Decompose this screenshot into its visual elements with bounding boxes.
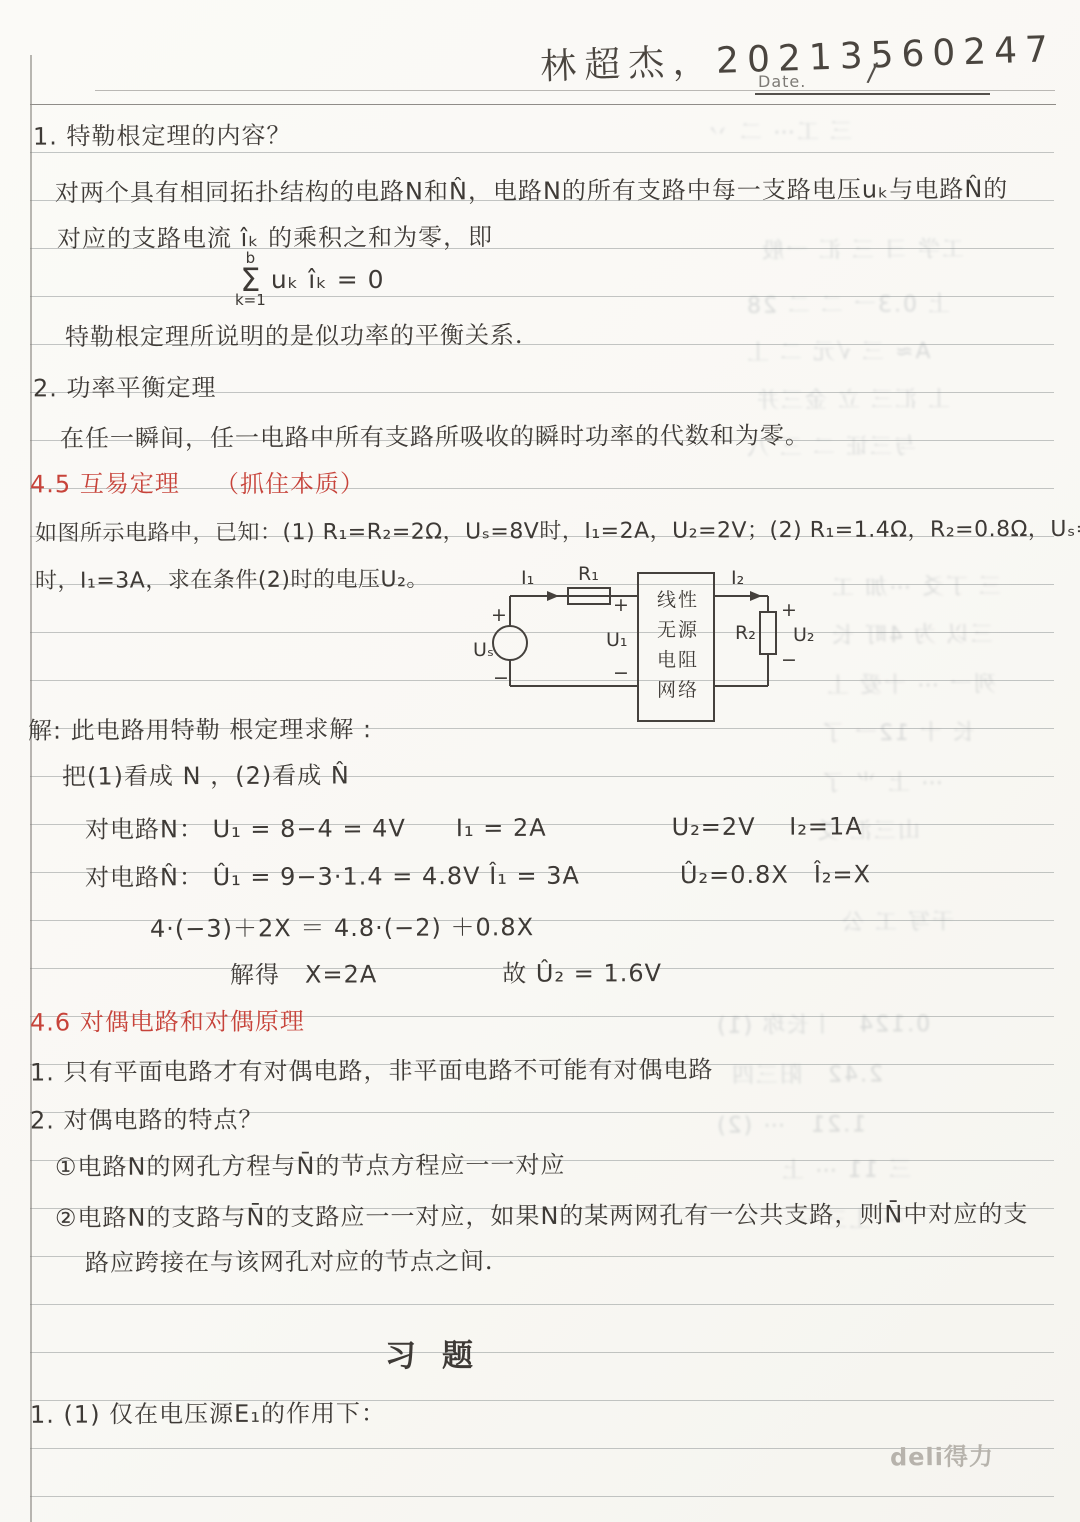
header-rule-bottom xyxy=(30,104,1056,105)
s46-point1: 1. 只有平面电路才有对偶电路，非平面电路不可能有对偶电路 xyxy=(30,1056,714,1088)
solution-equation: 4·(−3)＋2X ＝ 4.8·(−2) ＋0.8X xyxy=(150,913,534,943)
r2-label: R₂ xyxy=(735,622,756,644)
solution-row-n: 对电路N： U₁ = 8−4 = 4V I₁ = 2A U₂=2V I₂=1A xyxy=(85,812,863,844)
date-label: Date. xyxy=(758,72,806,91)
current-arrow-i2 xyxy=(750,591,762,601)
u2-plus: + xyxy=(781,599,797,621)
network-line3: 电阻 xyxy=(657,649,699,671)
bleedthrough-text: 0.124 丨长珎 (1) xyxy=(715,1007,930,1040)
r1-label: R₁ xyxy=(578,566,599,585)
current-arrow-i1 xyxy=(547,591,559,601)
solution-result: 解得 X=2A 故 Û₂ = 1.6V xyxy=(230,959,662,990)
bleedthrough-text: 工学 彐 三 汇 一般 xyxy=(760,232,964,265)
note-q1-title: 1. 特勒根定理的内容？ xyxy=(33,121,292,151)
section-45-heading: 4.5 互易定理 xyxy=(30,470,180,499)
bleedthrough-text: 三 11 ⋯ 上 xyxy=(780,1152,911,1184)
solution-row-nhat: 对电路N̂： Û₁ = 9−3·1.4 = 4.8V Î₁ = 3A Û₂=0.… xyxy=(85,860,871,892)
section-45-note: （抓住本质） xyxy=(215,470,365,499)
bleedthrough-text: 三 工⋯ 二 丷 xyxy=(705,114,852,146)
u1-label: U₁ xyxy=(606,629,628,651)
problem-line2: 时，I₁=3A，求在条件(2)时的电压U₂。 xyxy=(35,567,429,595)
u2-minus: − xyxy=(781,649,797,671)
solution-step1: 把(1)看成 N ，(2)看成 N̂ xyxy=(62,761,350,791)
s46-sub1: ①电路N的网孔方程与N̄的节点方程应一一对应 xyxy=(55,1151,566,1182)
summation-symbol: b Σ k=1 xyxy=(235,252,266,308)
s46-point2: 2. 对偶电路的特点？ xyxy=(30,1105,264,1135)
note-q1-conclusion: 特勒根定理所说明的是似功率的平衡关系． xyxy=(65,321,540,352)
voltage-source-symbol xyxy=(493,626,527,660)
date-underline xyxy=(755,93,990,95)
source-minus: − xyxy=(493,667,509,689)
resistor-r2-symbol xyxy=(760,612,776,654)
u1-plus: + xyxy=(613,594,629,616)
bleedthrough-text: 2.42 阳三四 xyxy=(730,1057,883,1089)
u1-minus: − xyxy=(613,662,629,684)
tellegen-formula: b Σ k=1 uₖ îₖ = 0 xyxy=(235,252,385,308)
formula-expression: uₖ îₖ = 0 xyxy=(271,265,385,294)
circuit-diagram: Uₛ + − I₁ R₁ + U₁ − 线性 无源 电阻 网络 I₂ R₂ + … xyxy=(463,566,873,736)
section-46-heading: 4.6 对偶电路和对偶原理 xyxy=(30,1007,305,1037)
i2-label: I₂ xyxy=(731,567,744,589)
note-q1-line1: 对两个具有相同拓扑结构的电路N和N̂，电路N的所有支路中每一支路电压uₖ与电路N… xyxy=(55,175,1008,208)
s46-sub2-line2: 路应跨接在与该网孔对应的节点之间． xyxy=(85,1247,510,1278)
source-plus: + xyxy=(491,604,507,626)
ruled-lines xyxy=(30,104,1054,1498)
network-line1: 线性 xyxy=(657,589,699,611)
exercise-item1: 1. (1) 仅在电压源E₁的作用下： xyxy=(30,1399,386,1429)
page-edge-line xyxy=(30,55,32,1522)
s46-sub2-line1: ②电路N的支路与N̄的支路应一一对应，如果N的某两网孔有一公共支路，则N̄中对应… xyxy=(55,1200,1028,1233)
u2-label: U₂ xyxy=(793,624,815,646)
bleedthrough-text: 1.21 ⋯ (2) xyxy=(715,1107,866,1139)
note-q2-title: 2. 功率平衡定理 xyxy=(33,374,217,404)
bleedthrough-text: 丄 汇三 立 金三并 xyxy=(755,382,950,415)
bleedthrough-text: 上 0.3一 二 二 28 xyxy=(745,287,950,320)
note-q2-body: 在任一瞬间，任一电路中所有支路所吸收的瞬时功率的代数和为零。 xyxy=(60,421,810,453)
deli-brand-logo: deli得力 xyxy=(890,1437,994,1473)
i1-label: I₁ xyxy=(521,567,534,589)
note-q1-line2: 对应的支路电流 îₖ 的乘积之和为零，即 xyxy=(57,223,493,254)
bleedthrough-text: 干写 工 公 xyxy=(840,905,954,937)
network-line2: 无源 xyxy=(657,619,699,641)
exercises-title: 习题 xyxy=(385,1338,499,1376)
bleedthrough-text: A≈ 三 √元 二 丄 xyxy=(745,334,931,367)
solution-intro: 解: 此电路用特勒 根定理求解 : xyxy=(28,715,372,745)
bleedthrough-text: ⋯ 上 ⺌ 了 xyxy=(820,765,943,797)
header-rule-top xyxy=(95,90,1055,91)
sigma-glyph: Σ xyxy=(240,266,260,295)
source-label: Uₛ xyxy=(473,639,494,661)
sum-lower-limit: k=1 xyxy=(235,294,266,308)
notebook-page: 林超杰，20213560247 Date. / 三 工⋯ 二 丷 工学 彐 三 … xyxy=(0,0,1080,1522)
problem-line1: 如图所示电路中，已知：(1) R₁=R₂=2Ω，Uₛ=8V时，I₁=2A，U₂=… xyxy=(35,517,1080,548)
network-line4: 网络 xyxy=(657,679,699,701)
